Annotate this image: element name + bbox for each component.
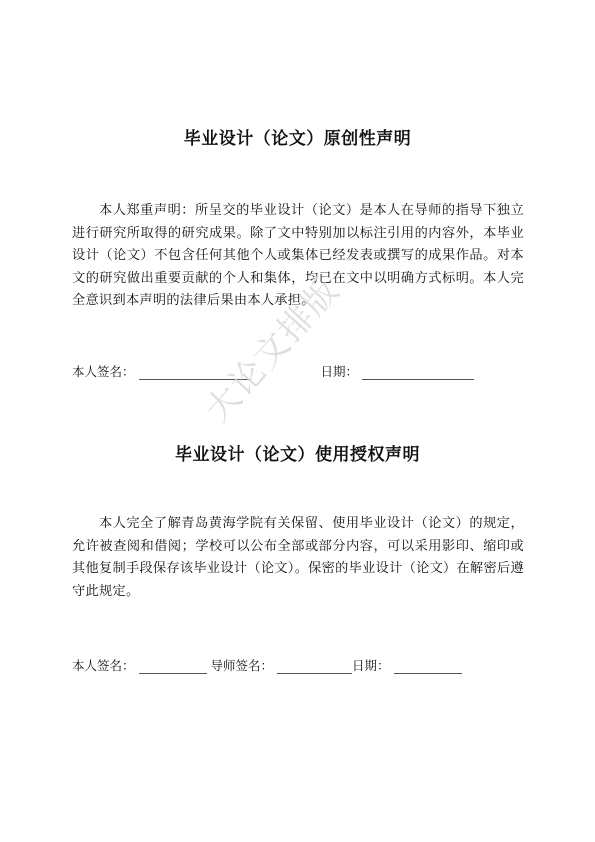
authorization-body: 本人完全了解青岛黄海学院有关保留、使用毕业设计（论文）的规定，允许被查阅和借阅；… <box>72 513 524 603</box>
originality-title: 毕业设计（论文）原创性声明 <box>0 124 595 149</box>
advisor-signature-field[interactable] <box>277 661 352 674</box>
originality-signature-row: 本人签名： 日期： <box>72 362 478 380</box>
signature-label: 本人签名： <box>72 362 135 380</box>
authorization-signature-row: 本人签名： 导师签名： 日期： <box>72 656 466 674</box>
date-label: 日期： <box>352 656 390 674</box>
advisor-signature-label: 导师签名： <box>211 656 274 674</box>
originality-body: 本人郑重声明：所呈交的毕业设计（论文）是本人在导师的指导下独立进行研究所取得的研… <box>72 200 524 313</box>
date-field[interactable] <box>362 367 474 380</box>
signature-field[interactable] <box>139 367 251 380</box>
date-field[interactable] <box>394 661 462 674</box>
signature-label: 本人签名： <box>72 656 135 674</box>
authorization-title: 毕业设计（论文）使用授权声明 <box>0 440 595 465</box>
date-label: 日期： <box>321 362 359 380</box>
signature-field[interactable] <box>139 661 207 674</box>
